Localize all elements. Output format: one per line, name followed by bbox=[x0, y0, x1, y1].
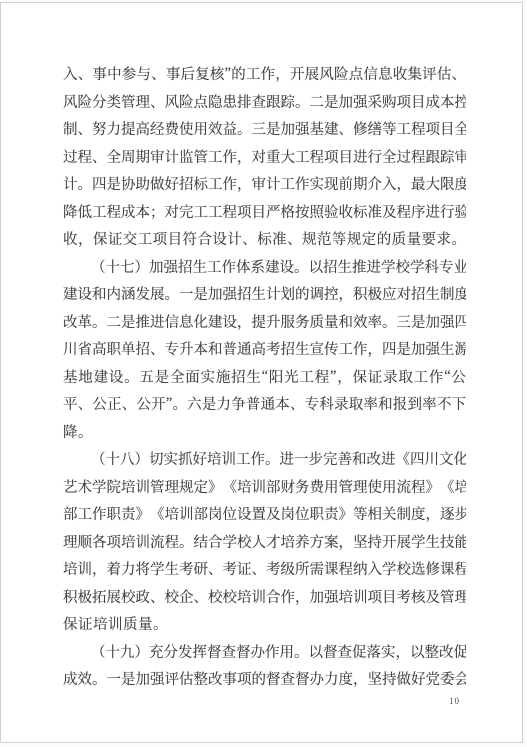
paragraph: （十七）加强招生工作体系建设。以招生推进学校学科专业建设和内涵发展。一是加强招生… bbox=[63, 253, 466, 446]
text-line: 建设和内涵发展。一是加强招生计划的调控，积极应对招生制度 bbox=[63, 280, 466, 308]
text-line: 积极拓展校政、校企、校校培训合作，加强培训项目考核及管理， bbox=[63, 583, 466, 611]
paragraph: （十八）切实抓好培训工作。进一步完善和改进《四川文化艺术学院培训管理规定》《培训… bbox=[63, 445, 466, 638]
paragraph: （十九）充分发挥督查督办作用。以督查促落实，以整改促成效。一是加强评估整改事项的… bbox=[63, 638, 466, 693]
text-line: 培训，着力将学生考研、考证、考级所需课程纳入学校选修课程； bbox=[63, 555, 466, 583]
text-line: 保证培训质量。 bbox=[63, 610, 466, 638]
text-line: 基地建设。五是全面实施招生“阳光工程”，保证录取工作“公 bbox=[63, 363, 466, 391]
text-line: 降。 bbox=[63, 418, 466, 446]
document-page: 入、事中参与、事后复核”的工作，开展风险点信息收集评估、风险分类管理、风险点隐患… bbox=[0, 2, 523, 743]
text-line: （十八）切实抓好培训工作。进一步完善和改进《四川文化 bbox=[63, 445, 466, 473]
text-line: 平、公正、公开”。六是力争普通本、专科录取率和报到率不下 bbox=[63, 390, 466, 418]
text-line: 收，保证交工项目符合设计、标准、规范等规定的质量要求。 bbox=[63, 225, 466, 253]
text-line: 艺术学院培训管理规定》《培训部财务费用管理使用流程》《培训 bbox=[63, 473, 466, 501]
text-line: 成效。一是加强评估整改事项的督查督办力度，坚持做好党委会、 bbox=[63, 665, 466, 693]
text-line: 过程、全周期审计监管工作，对重大工程项目进行全过程跟踪审 bbox=[63, 143, 466, 171]
text-line: 降低工程成本；对完工工程项目严格按照验收标准及程序进行验 bbox=[63, 198, 466, 226]
text-line: 理顺各项培训流程。结合学校人才培养方案，坚持开展学生技能 bbox=[63, 528, 466, 556]
text-line: 计。四是协助做好招标工作，审计工作实现前期介入，最大限度 bbox=[63, 170, 466, 198]
text-line: 改革。二是推进信息化建设，提升服务质量和效率。三是加强四 bbox=[63, 308, 466, 336]
text-line: （十七）加强招生工作体系建设。以招生推进学校学科专业 bbox=[63, 253, 466, 281]
text-line: 风险分类管理、风险点隐患排查跟踪。二是加强采购项目成本控 bbox=[63, 88, 466, 116]
page-number: 10 bbox=[449, 696, 460, 706]
text-line: （十九）充分发挥督查督办作用。以督查促落实，以整改促 bbox=[63, 638, 466, 666]
text-line: 部工作职责》《培训部岗位设置及岗位职责》等相关制度，逐步 bbox=[63, 500, 466, 528]
text-line: 川省高职单招、专升本和普通高考招生宣传工作，四是加强生源 bbox=[63, 335, 466, 363]
text-line: 制、努力提高经费使用效益。三是加强基建、修缮等工程项目全 bbox=[63, 115, 466, 143]
text-line: 入、事中参与、事后复核”的工作，开展风险点信息收集评估、 bbox=[63, 60, 466, 88]
text-body: 入、事中参与、事后复核”的工作，开展风险点信息收集评估、风险分类管理、风险点隐患… bbox=[63, 60, 466, 693]
paragraph: 入、事中参与、事后复核”的工作，开展风险点信息收集评估、风险分类管理、风险点隐患… bbox=[63, 60, 466, 253]
